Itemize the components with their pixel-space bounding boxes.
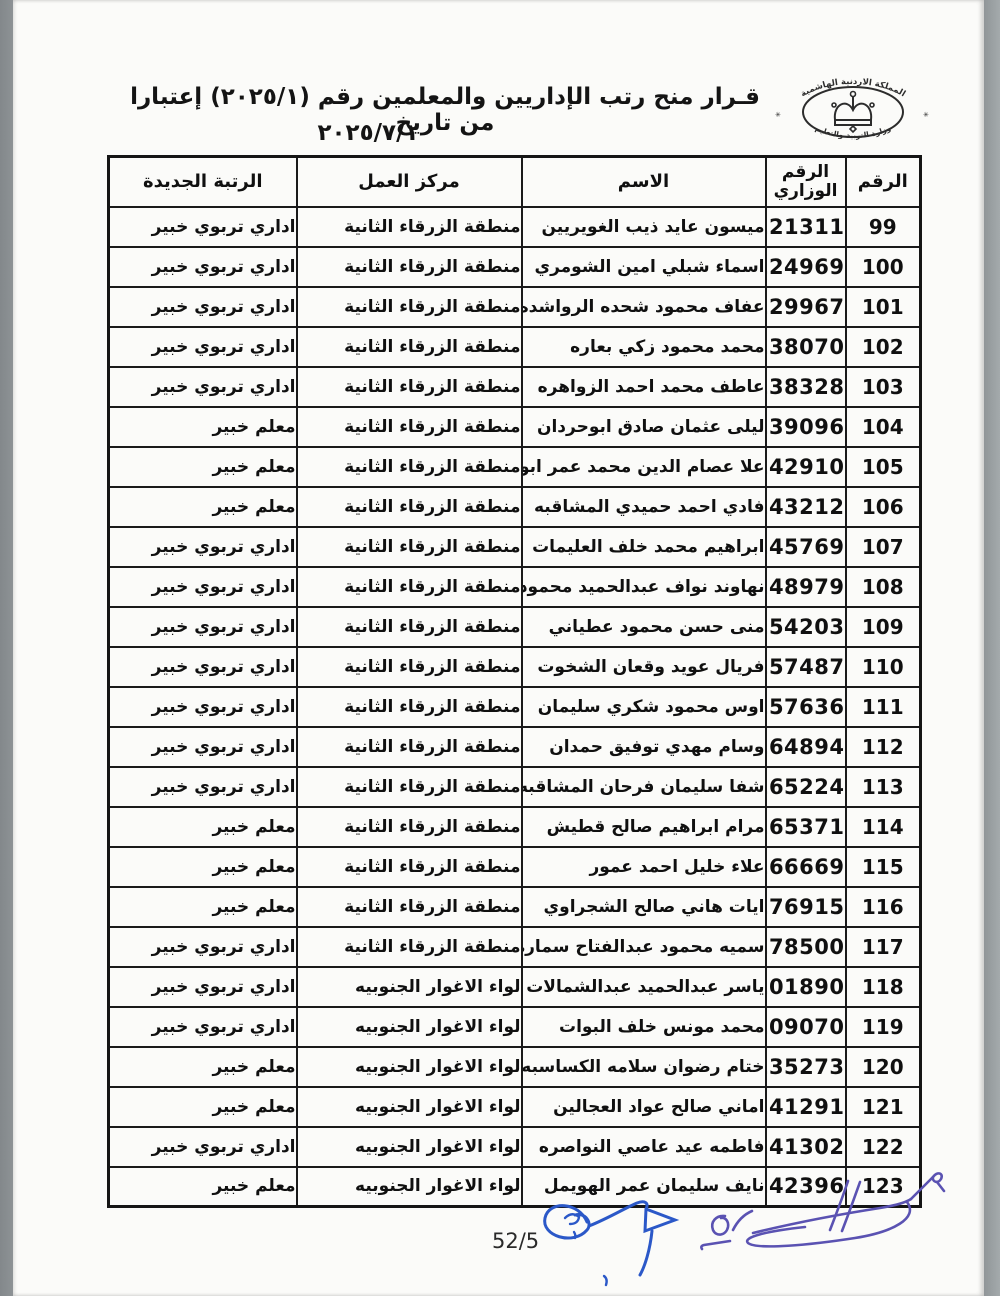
cell-workplace: منطقة الزرقاء الثانية: [297, 687, 522, 727]
cell-index: 106: [846, 487, 921, 527]
cell-name: فادي احمد حميدي المشاقبه: [522, 487, 766, 527]
cell-new-rank: معلم خبير: [109, 1167, 297, 1207]
cell-index: 100: [846, 247, 921, 287]
cell-ministry-number: 124969: [766, 247, 846, 287]
cell-workplace: لواء الاغوار الجنوبيه: [297, 1007, 522, 1047]
cell-workplace: منطقة الزرقاء الثانية: [297, 767, 522, 807]
cell-ministry-number: 138328: [766, 367, 846, 407]
cell-index: 115: [846, 847, 921, 887]
table-row: 111 157636 اوس محمود شكري سليمان منطقة ا…: [109, 687, 921, 727]
cell-ministry-number: 165224: [766, 767, 846, 807]
cell-new-rank: اداري تربوي خبير: [109, 527, 297, 567]
cell-workplace: منطقة الزرقاء الثانية: [297, 327, 522, 367]
cell-index: 109: [846, 607, 921, 647]
table-body: 99 121311 ميسون عايد ذيب الغويريين منطقة…: [109, 207, 921, 1207]
table-row: 105 142910 علا عصام الدين محمد عمر ابوعص…: [109, 447, 921, 487]
cell-workplace: منطقة الزرقاء الثانية: [297, 287, 522, 327]
cell-workplace: منطقة الزرقاء الثانية: [297, 447, 522, 487]
cell-workplace: منطقة الزرقاء الثانية: [297, 607, 522, 647]
col-header-new-rank: الرتبة الجديدة: [109, 157, 297, 207]
cell-new-rank: معلم خبير: [109, 407, 297, 447]
table-row: 102 138070 محمد محمود زكي بعاره منطقة ال…: [109, 327, 921, 367]
col-header-index: الرقم: [846, 157, 921, 207]
cell-ministry-number: 178500: [766, 927, 846, 967]
cell-workplace: لواء الاغوار الجنوبيه: [297, 1127, 522, 1167]
cell-new-rank: معلم خبير: [109, 887, 297, 927]
cell-new-rank: اداري تربوي خبير: [109, 287, 297, 327]
page-number: 52/5: [492, 1229, 539, 1253]
cell-name: شفا سليمان فرحان المشاقبه: [522, 767, 766, 807]
cell-ministry-number: 157636: [766, 687, 846, 727]
cell-ministry-number: 166669: [766, 847, 846, 887]
cell-index: 119: [846, 1007, 921, 1047]
cell-index: 116: [846, 887, 921, 927]
table-row: 108 148979 نهاوند نواف عبدالحميد محمود م…: [109, 567, 921, 607]
cell-name: فاطمه عيد عاصي النواصره: [522, 1127, 766, 1167]
table-row: 116 176915 ايات هاني صالح الشجراوي منطقة…: [109, 887, 921, 927]
table-row: 118 101890 ياسر عبدالحميد عبدالشمالات لو…: [109, 967, 921, 1007]
cell-new-rank: اداري تربوي خبير: [109, 727, 297, 767]
cell-new-rank: اداري تربوي خبير: [109, 327, 297, 367]
cell-name: ميسون عايد ذيب الغويريين: [522, 207, 766, 247]
cell-ministry-number: 121311: [766, 207, 846, 247]
cell-ministry-number: 145769: [766, 527, 846, 567]
cell-ministry-number: 138070: [766, 327, 846, 367]
cell-workplace: لواء الاغوار الجنوبيه: [297, 1167, 522, 1207]
table-row: 121 141291 اماني صالح عواد العجالين لواء…: [109, 1087, 921, 1127]
table-row: 101 129967 عفاف محمود شحده الرواشده منطق…: [109, 287, 921, 327]
cell-workplace: منطقة الزرقاء الثانية: [297, 647, 522, 687]
cell-name: فريال عويد وقعان الشخوت: [522, 647, 766, 687]
cell-ministry-number: 142396: [766, 1167, 846, 1207]
cell-new-rank: اداري تربوي خبير: [109, 247, 297, 287]
cell-workplace: لواء الاغوار الجنوبيه: [297, 1047, 522, 1087]
cell-ministry-number: 135273: [766, 1047, 846, 1087]
cell-ministry-number: 139096: [766, 407, 846, 447]
cell-name: علا عصام الدين محمد عمر ابوعصب: [522, 447, 766, 487]
cell-index: 117: [846, 927, 921, 967]
cell-index: 105: [846, 447, 921, 487]
table-row: 103 138328 عاطف محمد احمد الزواهره منطقة…: [109, 367, 921, 407]
cell-name: مرام ابراهيم صالح قطيش: [522, 807, 766, 847]
table-row: 113 165224 شفا سليمان فرحان المشاقبه منط…: [109, 767, 921, 807]
cell-workplace: منطقة الزرقاء الثانية: [297, 247, 522, 287]
cell-name: نايف سليمان عمر الهويمل: [522, 1167, 766, 1207]
cell-index: 107: [846, 527, 921, 567]
table-row: 109 154203 منى حسن محمود عطياني منطقة ال…: [109, 607, 921, 647]
table-row: 100 124969 اسماء شبلي امين الشومري منطقة…: [109, 247, 921, 287]
rank-roster-table: الرقم الرقم الوزاري الاسم مركز العمل الر…: [107, 155, 922, 1208]
table-row: 112 164894 وسام مهدي توفيق حمدان منطقة ا…: [109, 727, 921, 767]
cell-name: وسام مهدي توفيق حمدان: [522, 727, 766, 767]
cell-name: محمد مونس خلف البوات: [522, 1007, 766, 1047]
cell-name: محمد محمود زكي بعاره: [522, 327, 766, 367]
table-row: 115 166669 علاء خليل احمد عمور منطقة الز…: [109, 847, 921, 887]
seal-crown-emblem: [803, 87, 903, 137]
cell-index: 108: [846, 567, 921, 607]
cell-new-rank: معلم خبير: [109, 1047, 297, 1087]
cell-name: اوس محمود شكري سليمان: [522, 687, 766, 727]
cell-name: سميه محمود عبدالفتاح سماره: [522, 927, 766, 967]
cell-index: 120: [846, 1047, 921, 1087]
table-row: 110 157487 فريال عويد وقعان الشخوت منطقة…: [109, 647, 921, 687]
cell-new-rank: اداري تربوي خبير: [109, 687, 297, 727]
seal-left-star: ✳: [775, 111, 781, 119]
document-title-date: ٢٠٢٥/٧/١: [283, 120, 453, 146]
cell-name: اسماء شبلي امين الشومري: [522, 247, 766, 287]
cell-workplace: لواء الاغوار الجنوبيه: [297, 967, 522, 1007]
cell-new-rank: اداري تربوي خبير: [109, 1127, 297, 1167]
cell-name: ختام رضوان سلامه الكساسبه: [522, 1047, 766, 1087]
cell-workplace: منطقة الزرقاء الثانية: [297, 887, 522, 927]
table-row: 122 141302 فاطمه عيد عاصي النواصره لواء …: [109, 1127, 921, 1167]
cell-ministry-number: 148979: [766, 567, 846, 607]
cell-workplace: منطقة الزرقاء الثانية: [297, 567, 522, 607]
cell-ministry-number: 109070: [766, 1007, 846, 1047]
cell-index: 122: [846, 1127, 921, 1167]
cell-ministry-number: 164894: [766, 727, 846, 767]
table-row: 99 121311 ميسون عايد ذيب الغويريين منطقة…: [109, 207, 921, 247]
cell-name: منى حسن محمود عطياني: [522, 607, 766, 647]
cell-new-rank: اداري تربوي خبير: [109, 927, 297, 967]
cell-name: عفاف محمود شحده الرواشده: [522, 287, 766, 327]
cell-name: نهاوند نواف عبدالحميد محمود: [522, 567, 766, 607]
table-row: 117 178500 سميه محمود عبدالفتاح سماره من…: [109, 927, 921, 967]
cell-workplace: منطقة الزرقاء الثانية: [297, 487, 522, 527]
table-row: 114 165371 مرام ابراهيم صالح قطيش منطقة …: [109, 807, 921, 847]
cell-ministry-number: 176915: [766, 887, 846, 927]
ministry-seal-icon: المملكة الاردنية الهاشمية وزارة التربية …: [773, 68, 933, 156]
cell-new-rank: اداري تربوي خبير: [109, 567, 297, 607]
table-row: 106 143212 فادي احمد حميدي المشاقبه منطق…: [109, 487, 921, 527]
cell-ministry-number: 129967: [766, 287, 846, 327]
table-row: 107 145769 ابراهيم محمد خلف العليمات منط…: [109, 527, 921, 567]
cell-workplace: منطقة الزرقاء الثانية: [297, 807, 522, 847]
cell-workplace: منطقة الزرقاء الثانية: [297, 527, 522, 567]
cell-index: 104: [846, 407, 921, 447]
cell-new-rank: اداري تربوي خبير: [109, 367, 297, 407]
cell-index: 113: [846, 767, 921, 807]
cell-index: 99: [846, 207, 921, 247]
cell-new-rank: معلم خبير: [109, 807, 297, 847]
cell-name: علاء خليل احمد عمور: [522, 847, 766, 887]
cell-workplace: منطقة الزرقاء الثانية: [297, 727, 522, 767]
cell-index: 103: [846, 367, 921, 407]
cell-workplace: منطقة الزرقاء الثانية: [297, 927, 522, 967]
cell-name: عاطف محمد احمد الزواهره: [522, 367, 766, 407]
cell-name: ايات هاني صالح الشجراوي: [522, 887, 766, 927]
table-row: 119 109070 محمد مونس خلف البوات لواء الا…: [109, 1007, 921, 1047]
cell-index: 112: [846, 727, 921, 767]
cell-index: 123: [846, 1167, 921, 1207]
cell-name: ابراهيم محمد خلف العليمات: [522, 527, 766, 567]
cell-new-rank: معلم خبير: [109, 447, 297, 487]
cell-new-rank: اداري تربوي خبير: [109, 967, 297, 1007]
cell-index: 114: [846, 807, 921, 847]
cell-ministry-number: 143212: [766, 487, 846, 527]
cell-index: 110: [846, 647, 921, 687]
col-header-name: الاسم: [522, 157, 766, 207]
cell-new-rank: اداري تربوي خبير: [109, 1007, 297, 1047]
cell-ministry-number: 141291: [766, 1087, 846, 1127]
cell-ministry-number: 101890: [766, 967, 846, 1007]
cell-ministry-number: 165371: [766, 807, 846, 847]
cell-index: 102: [846, 327, 921, 367]
cell-new-rank: اداري تربوي خبير: [109, 647, 297, 687]
cell-workplace: منطقة الزرقاء الثانية: [297, 367, 522, 407]
cell-workplace: لواء الاغوار الجنوبيه: [297, 1087, 522, 1127]
cell-new-rank: معلم خبير: [109, 487, 297, 527]
seal-right-star: ✳: [923, 111, 929, 119]
table-row: 104 139096 ليلى عثمان صادق ابوحردان منطق…: [109, 407, 921, 447]
table-row: 123 142396 نايف سليمان عمر الهويمل لواء …: [109, 1167, 921, 1207]
table-row: 120 135273 ختام رضوان سلامه الكساسبه لوا…: [109, 1047, 921, 1087]
col-header-ministry-number: الرقم الوزاري: [766, 157, 846, 207]
cell-workplace: منطقة الزرقاء الثانية: [297, 847, 522, 887]
cell-index: 118: [846, 967, 921, 1007]
cell-new-rank: اداري تربوي خبير: [109, 207, 297, 247]
cell-new-rank: اداري تربوي خبير: [109, 767, 297, 807]
cell-ministry-number: 142910: [766, 447, 846, 487]
table-header-row: الرقم الرقم الوزاري الاسم مركز العمل الر…: [109, 157, 921, 207]
col-header-workplace: مركز العمل: [297, 157, 522, 207]
cell-index: 101: [846, 287, 921, 327]
cell-ministry-number: 157487: [766, 647, 846, 687]
cell-name: اماني صالح عواد العجالين: [522, 1087, 766, 1127]
cell-name: ليلى عثمان صادق ابوحردان: [522, 407, 766, 447]
cell-new-rank: معلم خبير: [109, 1087, 297, 1127]
cell-ministry-number: 154203: [766, 607, 846, 647]
cell-index: 121: [846, 1087, 921, 1127]
cell-index: 111: [846, 687, 921, 727]
cell-ministry-number: 141302: [766, 1127, 846, 1167]
cell-new-rank: اداري تربوي خبير: [109, 607, 297, 647]
cell-workplace: منطقة الزرقاء الثانية: [297, 407, 522, 447]
cell-name: ياسر عبدالحميد عبدالشمالات: [522, 967, 766, 1007]
cell-new-rank: معلم خبير: [109, 847, 297, 887]
cell-workplace: منطقة الزرقاء الثانية: [297, 207, 522, 247]
